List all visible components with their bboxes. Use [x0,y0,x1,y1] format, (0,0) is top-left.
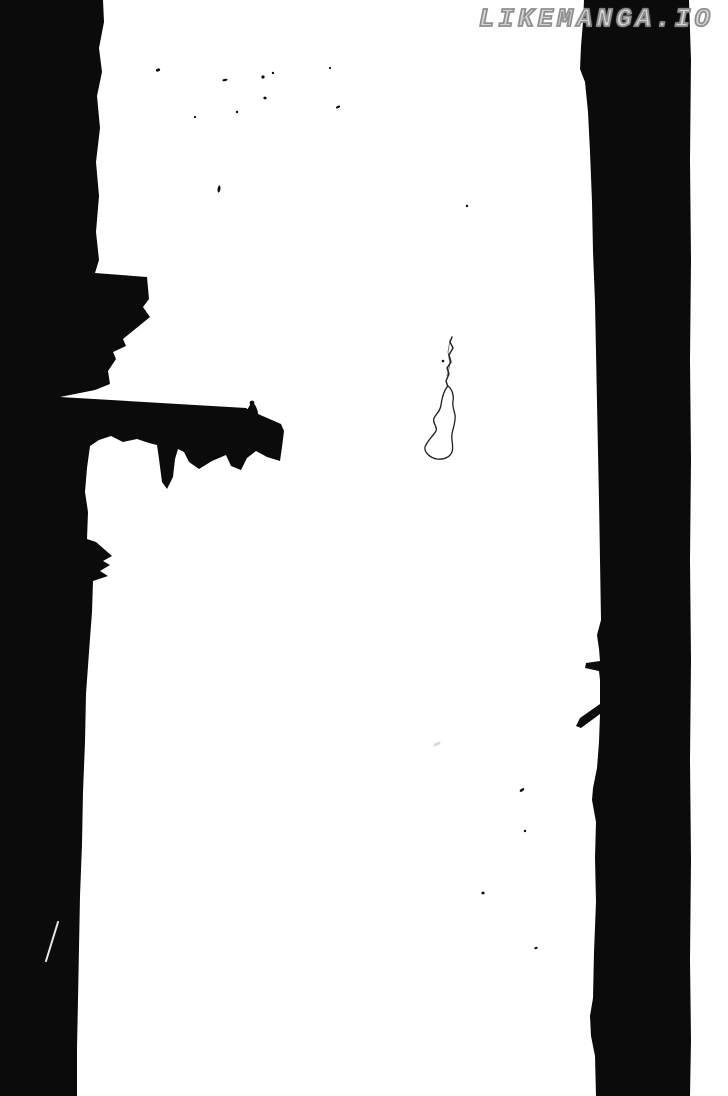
manga-artwork [0,0,728,1096]
left-building-silhouette [0,0,284,1096]
person-on-ledge [247,401,259,418]
ink-specks [155,67,538,950]
faint-smudge [433,741,442,748]
manga-page[interactable]: LIKEMANGA.IO [0,0,728,1096]
falling-object-outline [425,337,455,459]
right-building-silhouette [576,0,691,1096]
